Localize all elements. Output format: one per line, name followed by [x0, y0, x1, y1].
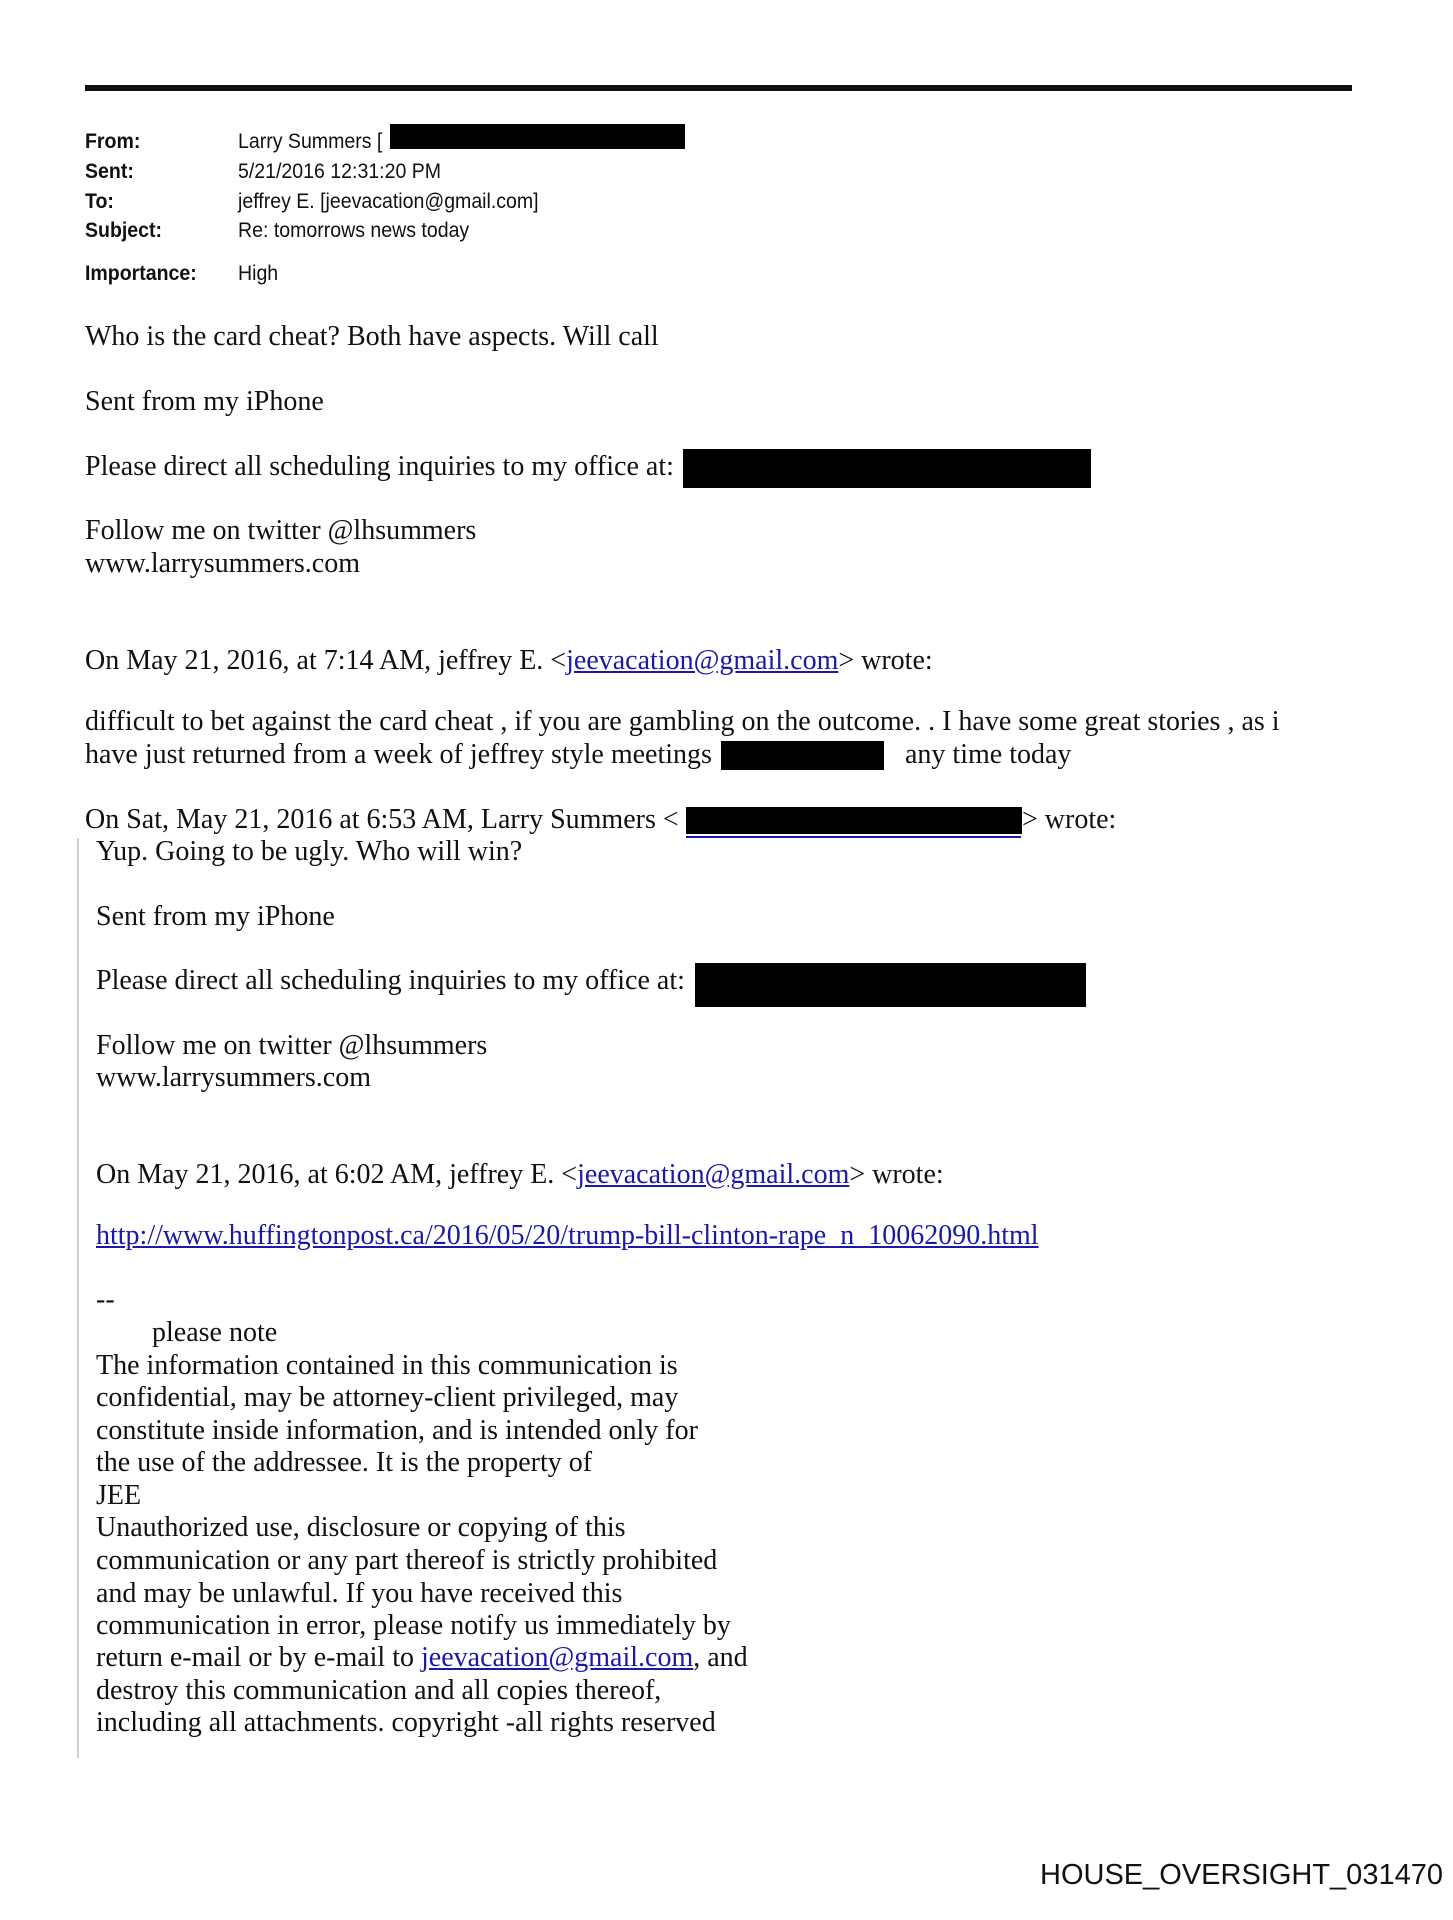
header-rule — [85, 85, 1352, 91]
disclaimer-return-line: return e-mail or by e-mail to jeevacatio… — [96, 1642, 748, 1674]
quote1-line2-before: have just returned from a week of jeffre… — [85, 739, 712, 771]
redaction-office-contact-2 — [695, 963, 1086, 1007]
disclaimer-line: Unauthorized use, disclosure or copying … — [96, 1512, 626, 1544]
quote2-twitter: Follow me on twitter @lhsummers — [96, 1030, 487, 1062]
sent-label: Sent: — [85, 159, 134, 185]
quote1-line2-after: any time today — [905, 739, 1071, 771]
redacted-link-underline — [686, 836, 1021, 838]
sent-value: 5/21/2016 12:31:20 PM — [238, 159, 441, 185]
quote1-email-link[interactable]: jeevacation@gmail.com — [566, 645, 838, 676]
article-link-line: http://www.huffingtonpost.ca/2016/05/20/… — [96, 1220, 1039, 1252]
importance-value: High — [238, 261, 278, 287]
disclaimer-line: communication or any part thereof is str… — [96, 1545, 717, 1577]
quote3-attribution: On May 21, 2016, at 6:02 AM, jeffrey E. … — [96, 1159, 944, 1191]
return-prefix: return e-mail or by e-mail to — [96, 1642, 421, 1673]
to-label: To: — [85, 189, 114, 215]
reply-twitter: Follow me on twitter @lhsummers — [85, 515, 476, 547]
redaction-summers-email — [686, 807, 1022, 834]
from-value: Larry Summers [ — [238, 129, 382, 155]
reply-scheduling: Please direct all scheduling inquiries t… — [85, 451, 674, 483]
quote2-attribution-prefix: On Sat, May 21, 2016 at 6:53 AM, Larry S… — [85, 804, 679, 836]
quote3-email-link[interactable]: jeevacation@gmail.com — [577, 1159, 849, 1190]
quote1-attribution-suffix: > wrote: — [838, 645, 932, 676]
quote2-website: www.larrysummers.com — [96, 1062, 371, 1094]
disclaimer-line: the use of the addressee. It is the prop… — [96, 1447, 592, 1479]
quote2-sent-from: Sent from my iPhone — [96, 901, 335, 933]
signature-separator: -- — [96, 1284, 115, 1316]
disclaimer-line: destroy this communication and all copie… — [96, 1675, 661, 1707]
subject-label: Subject: — [85, 218, 162, 244]
importance-label: Importance: — [85, 261, 197, 287]
disclaimer-line: JEE — [96, 1480, 141, 1512]
quote3-attribution-prefix: On May 21, 2016, at 6:02 AM, jeffrey E. … — [96, 1159, 577, 1190]
quote2-scheduling: Please direct all scheduling inquiries t… — [96, 965, 685, 997]
quote2-body: Yup. Going to be ugly. Who will win? — [96, 836, 522, 868]
redaction-office-contact — [683, 449, 1091, 488]
disclaimer-line: communication in error, please notify us… — [96, 1610, 731, 1642]
redaction-meeting-detail — [721, 741, 884, 770]
reply-sent-from: Sent from my iPhone — [85, 386, 324, 418]
subject-value: Re: tomorrows news today — [238, 218, 469, 244]
disclaimer-line: The information contained in this commun… — [96, 1350, 678, 1382]
quote3-attribution-suffix: > wrote: — [849, 1159, 943, 1190]
quote1-attribution: On May 21, 2016, at 7:14 AM, jeffrey E. … — [85, 645, 933, 677]
reply-website: www.larrysummers.com — [85, 548, 360, 580]
disclaimer-line: and may be unlawful. If you have receive… — [96, 1578, 622, 1610]
disclaimer-email-link[interactable]: jeevacation@gmail.com — [421, 1642, 693, 1673]
quote1-attribution-prefix: On May 21, 2016, at 7:14 AM, jeffrey E. … — [85, 645, 566, 676]
bates-number: HOUSE_OVERSIGHT_031470 — [1040, 1858, 1443, 1892]
reply-body: Who is the card cheat? Both have aspects… — [85, 321, 659, 353]
disclaimer-line: including all attachments. copyright -al… — [96, 1707, 716, 1739]
from-label: From: — [85, 129, 140, 155]
return-suffix: , and — [693, 1642, 747, 1673]
disclaimer-line: confidential, may be attorney-client pri… — [96, 1382, 678, 1414]
article-link[interactable]: http://www.huffingtonpost.ca/2016/05/20/… — [96, 1220, 1039, 1251]
quote-bar — [77, 838, 79, 1758]
disclaimer-line: constitute inside information, and is in… — [96, 1415, 698, 1447]
quote2-attribution-suffix: > wrote: — [1022, 804, 1116, 836]
redaction-from-email — [390, 124, 685, 149]
quote1-line1: difficult to bet against the card cheat … — [85, 706, 1280, 738]
please-note: please note — [152, 1317, 277, 1349]
to-value: jeffrey E. [jeevacation@gmail.com] — [238, 189, 539, 215]
